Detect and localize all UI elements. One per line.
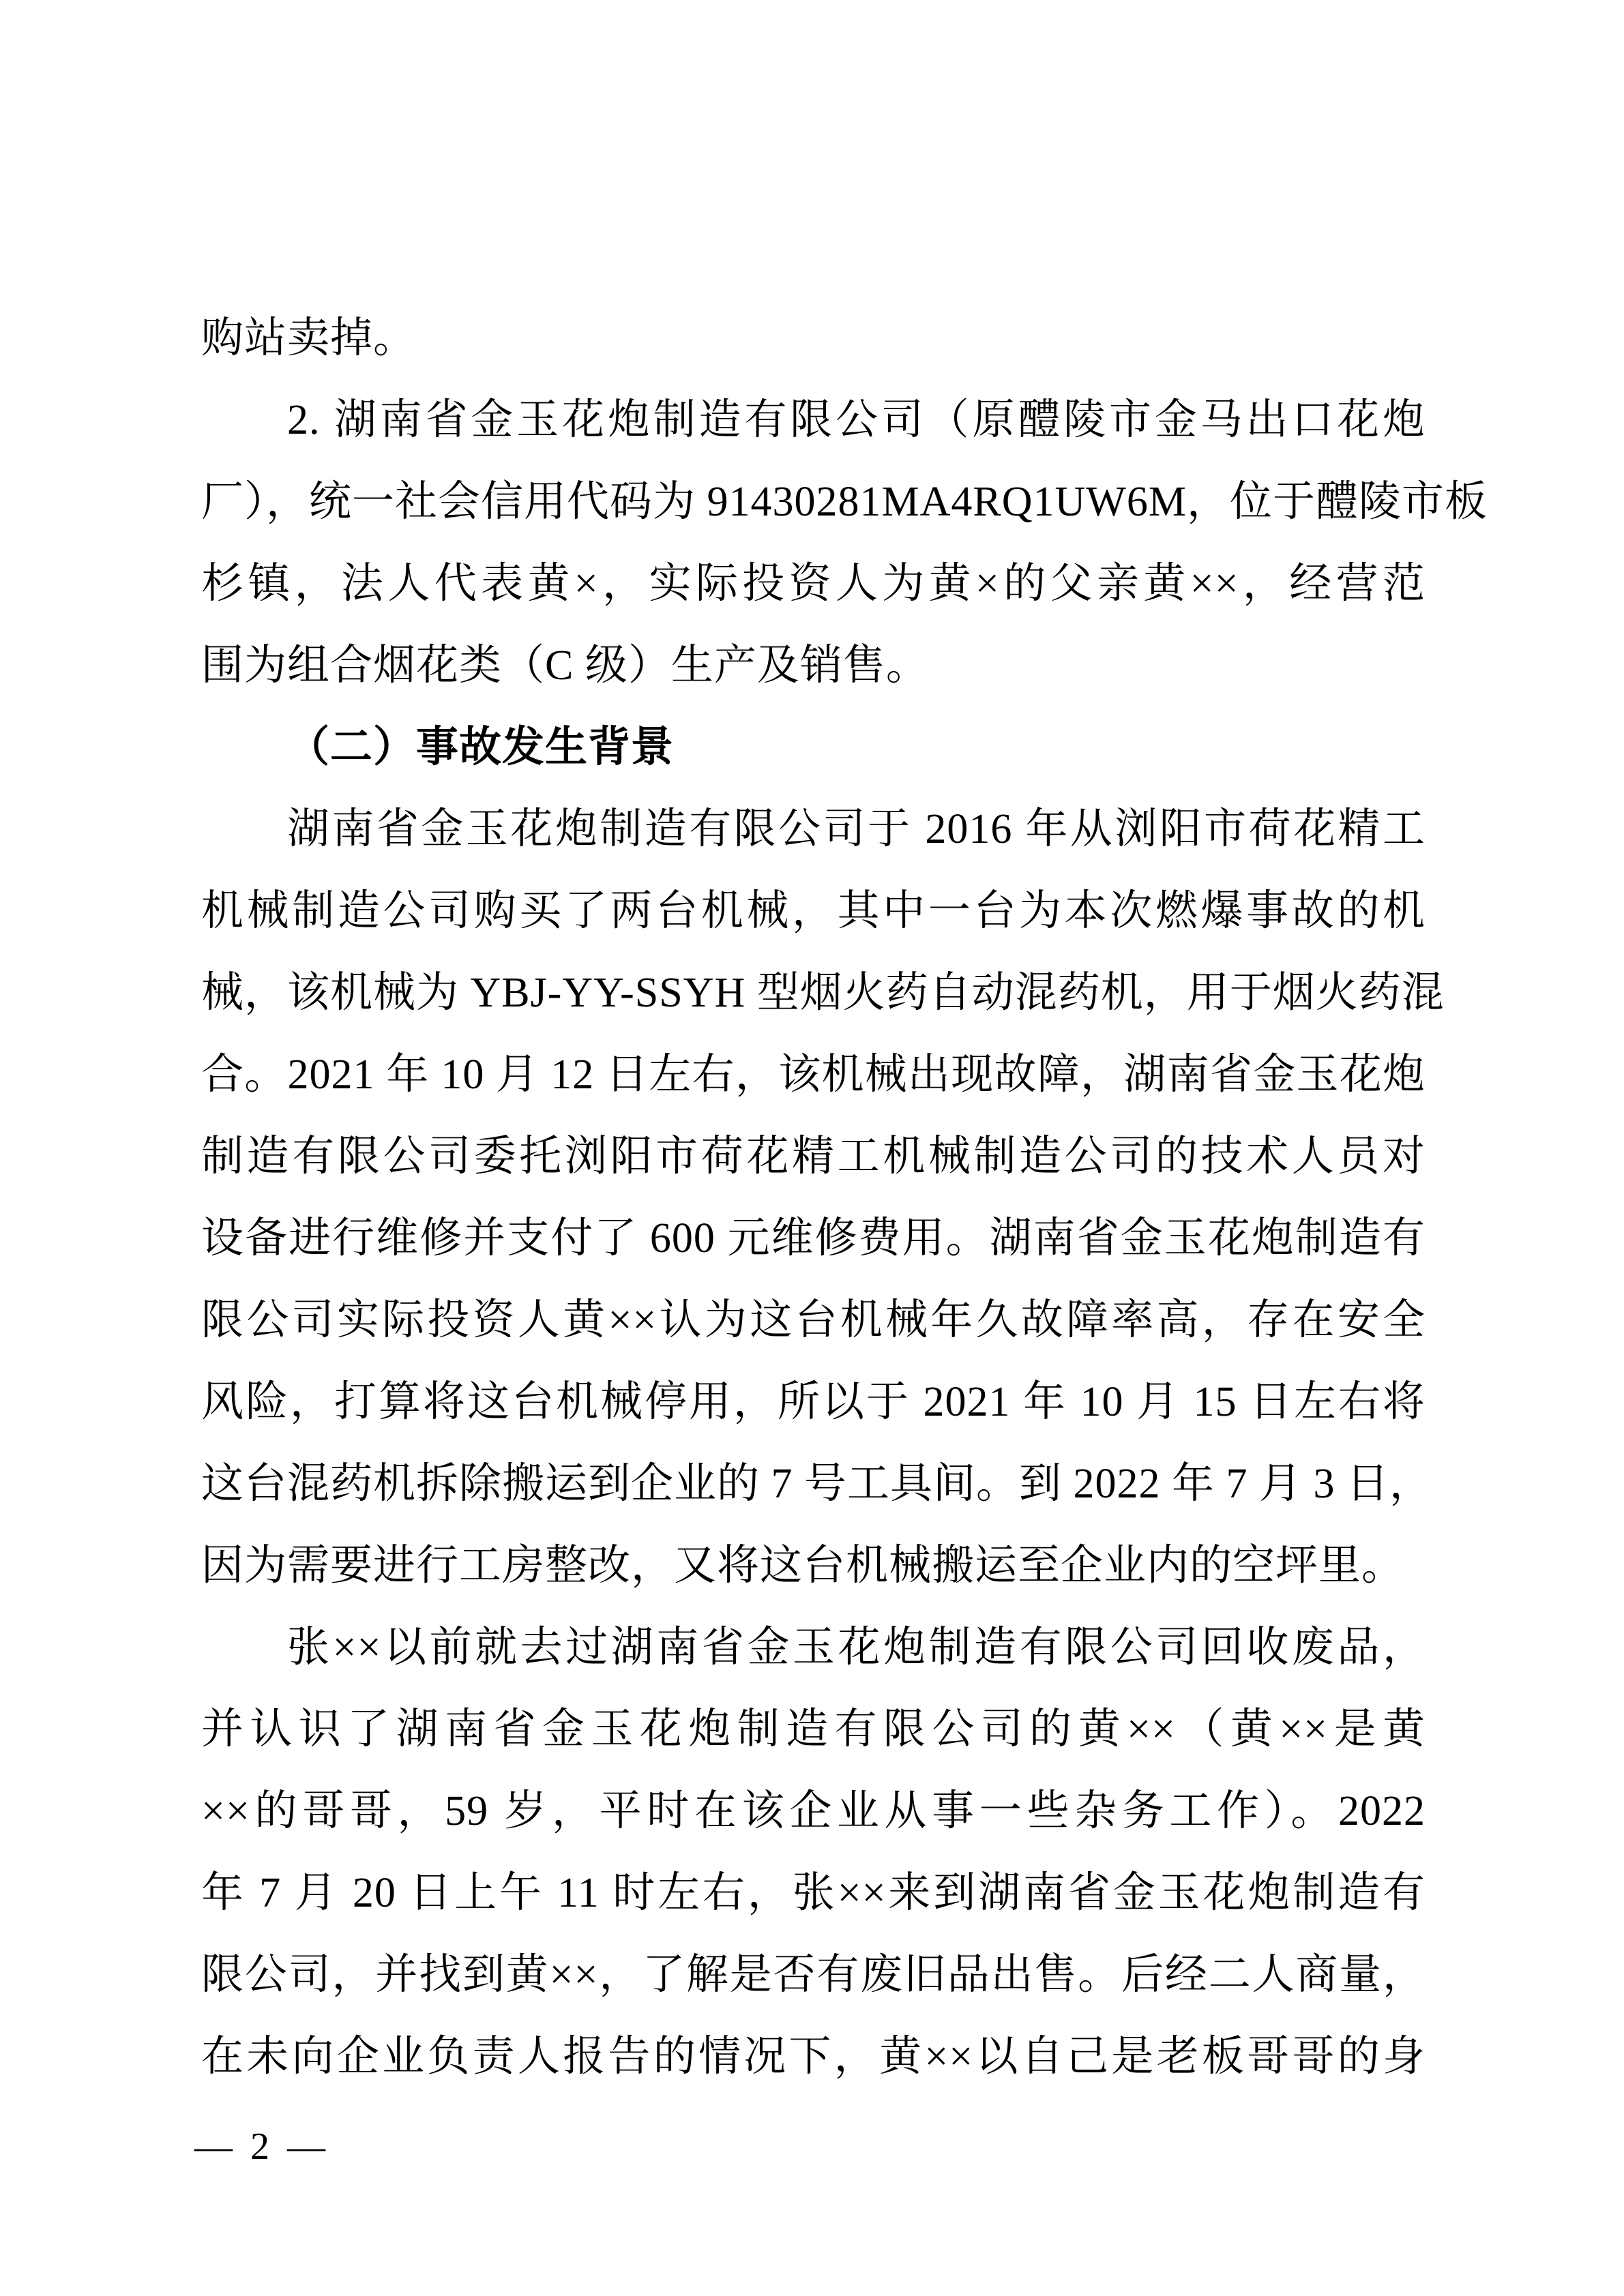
page-footer: — 2 — bbox=[194, 2122, 329, 2171]
text-line: 张××以前就去过湖南省金玉花炮制造有限公司回收废品， bbox=[201, 1607, 1426, 1688]
text-line: 设备进行维修并支付了 600 元维修费用。湖南省金玉花炮制造有 bbox=[201, 1197, 1426, 1279]
text-line: ××的哥哥，59 岁，平时在该企业从事一些杂务工作）。2022 bbox=[201, 1770, 1426, 1852]
text-line: 年 7 月 20 日上午 11 时左右，张××来到湖南省金玉花炮制造有 bbox=[201, 1852, 1426, 1934]
text-line: 并认识了湖南省金玉花炮制造有限公司的黄××（黄××是黄 bbox=[201, 1688, 1426, 1770]
text-line: 围为组合烟花类（C 级）生产及销售。 bbox=[201, 625, 1426, 706]
text-line: 机械制造公司购买了两台机械，其中一台为本次燃爆事故的机 bbox=[201, 870, 1426, 952]
text-line: 限公司，并找到黄××，了解是否有废旧品出售。后经二人商量， bbox=[201, 1934, 1426, 2016]
document-body: 购站卖掉。2. 湖南省金玉花炮制造有限公司（原醴陵市金马出口花炮厂），统一社会信… bbox=[201, 297, 1426, 2098]
section-heading: （二）事故发生背景 bbox=[201, 706, 1426, 788]
text-line: 在未向企业负责人报告的情况下，黄××以自己是老板哥哥的身 bbox=[201, 2016, 1426, 2098]
text-line: 湖南省金玉花炮制造有限公司于 2016 年从浏阳市荷花精工 bbox=[201, 788, 1426, 870]
text-line: 限公司实际投资人黄××认为这台机械年久故障率高，存在安全 bbox=[201, 1279, 1426, 1361]
text-line: 杉镇，法人代表黄×，实际投资人为黄×的父亲黄××，经营范 bbox=[201, 543, 1426, 625]
text-line: 合。2021 年 10 月 12 日左右，该机械出现故障，湖南省金玉花炮 bbox=[201, 1034, 1426, 1116]
text-line: 械，该机械为 YBJ-YY-SSYH 型烟火药自动混药机，用于烟火药混 bbox=[201, 952, 1426, 1034]
text-line: 购站卖掉。 bbox=[201, 297, 1426, 379]
text-line: 2. 湖南省金玉花炮制造有限公司（原醴陵市金马出口花炮 bbox=[201, 379, 1426, 461]
text-line: 因为需要进行工房整改，又将这台机械搬运至企业内的空坪里。 bbox=[201, 1525, 1426, 1607]
text-line: 风险，打算将这台机械停用，所以于 2021 年 10 月 15 日左右将 bbox=[201, 1361, 1426, 1443]
text-line: 制造有限公司委托浏阳市荷花精工机械制造公司的技术人员对 bbox=[201, 1116, 1426, 1197]
page-number: — 2 — bbox=[194, 2126, 329, 2168]
text-line: 这台混药机拆除搬运到企业的 7 号工具间。到 2022 年 7 月 3 日， bbox=[201, 1443, 1426, 1525]
text-line: 厂），统一社会信用代码为 91430281MA4RQ1UW6M，位于醴陵市板 bbox=[201, 461, 1426, 543]
document-page: 购站卖掉。2. 湖南省金玉花炮制造有限公司（原醴陵市金马出口花炮厂），统一社会信… bbox=[0, 0, 1624, 2296]
